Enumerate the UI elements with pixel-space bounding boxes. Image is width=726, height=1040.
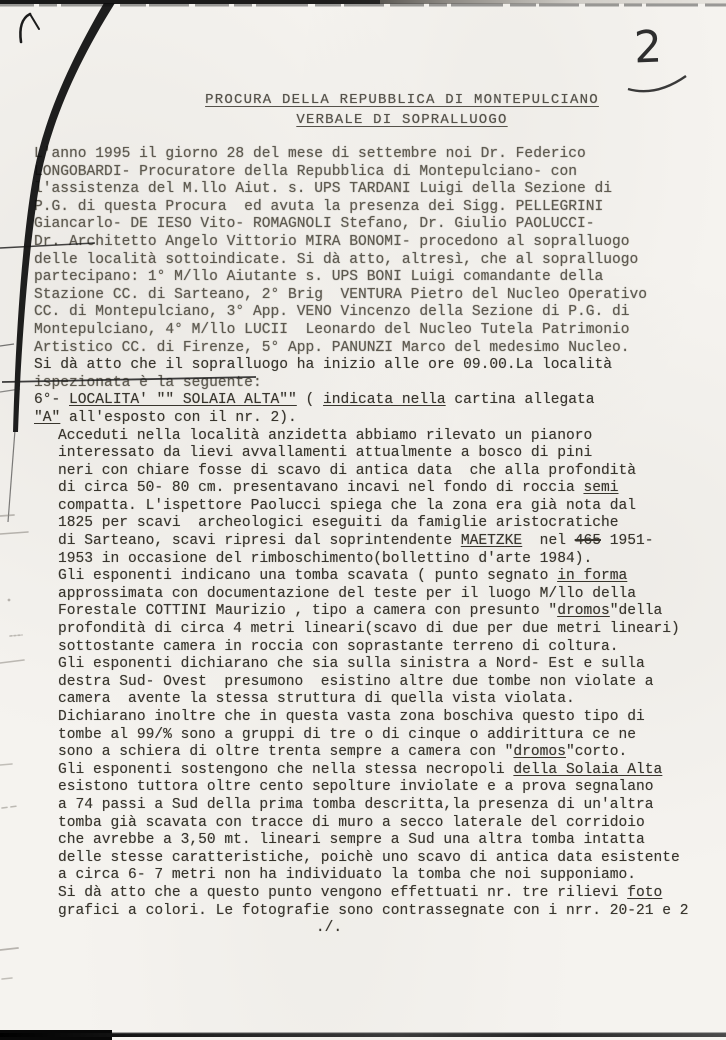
document-line: profondità di circa 4 metri lineari(scav… xyxy=(34,621,714,639)
page-number-underline xyxy=(628,76,686,91)
document-line: approssimata con documentazione del test… xyxy=(34,586,714,604)
document-line: 1825 per scavi archeologici eseguiti da … xyxy=(34,515,714,533)
document-line: camera avente la stessa struttura di que… xyxy=(34,691,714,709)
document-line: che avrebbe a 3,50 mt. lineari sempre a … xyxy=(34,832,714,850)
document-line: CC. di Montepulciano, 3° App. VENO Vince… xyxy=(34,304,714,322)
document-line: neri con chiare fosse di scavo di antica… xyxy=(34,463,714,481)
pen-tick xyxy=(0,344,14,346)
document-line: sono a schiera di oltre trenta sempre a … xyxy=(34,744,714,762)
document-line: Gli esponenti indicano una tomba scavata… xyxy=(34,568,714,586)
document-body: L'anno 1995 il giorno 28 del mese di set… xyxy=(34,146,714,938)
document-title: PROCURA DELLA REPUBBLICA DI MONTEPULCIAN… xyxy=(78,90,726,110)
document-line: Si dà atto che a questo punto vengono ef… xyxy=(34,885,714,903)
document-line: partecipano: 1° M/llo Aiutante s. UPS BO… xyxy=(34,269,714,287)
document-line: a 74 passi a Sud della prima tomba descr… xyxy=(34,797,714,815)
document-line: destra Sud- Ovest presumono esistino alt… xyxy=(34,674,714,692)
document-line: Dichiarano inoltre che in questa vasta z… xyxy=(34,709,714,727)
document-line: 1953 in occasione del rimboschimento(bol… xyxy=(34,551,714,569)
document-line: a circa 6- 7 metri non ha individuato la… xyxy=(34,867,714,885)
document-line: ispezionata è la seguente: xyxy=(34,375,714,393)
document-line: esistono tuttora oltre cento sepolture i… xyxy=(34,779,714,797)
bottom-scan-bar xyxy=(0,1030,726,1040)
document-line: Giancarlo- DE IESO Vito- ROMAGNOLI Stefa… xyxy=(34,216,714,234)
document-header: PROCURA DELLA REPUBBLICA DI MONTEPULCIAN… xyxy=(0,90,726,130)
document-line: delle località sottoindicate. Si dà atto… xyxy=(34,252,714,270)
document-subtitle: VERBALE DI SOPRALLUOGO xyxy=(78,110,726,130)
document-line: grafici a colori. Le fotografie sono con… xyxy=(34,903,714,921)
document-line: Montepulciano, 4° M/llo LUCII Leonardo d… xyxy=(34,322,714,340)
scanned-document-page: 2 PROCURA DELLA REPUBBLICA DI MONTEPULCI… xyxy=(0,0,726,1040)
document-line: di Sarteano, scavi ripresi dal soprinten… xyxy=(34,533,714,551)
handwritten-page-number: 2 xyxy=(633,24,663,73)
footer-mark: ./. xyxy=(34,920,714,938)
document-line: delle stesse caratteristiche, poichè uno… xyxy=(34,850,714,868)
torn-top-edge xyxy=(0,0,726,5)
checkmark xyxy=(20,14,39,42)
document-line: sottostante camera in roccia con soprast… xyxy=(34,639,714,657)
document-line: interessato da lievi avvallamenti attual… xyxy=(34,445,714,463)
document-line: l'assistenza del M.llo Aiut. s. UPS TARD… xyxy=(34,181,714,199)
document-line: Forestale COTTINI Maurizio , tipo a came… xyxy=(34,603,714,621)
document-line: Acceduti nella località anzidetta abbiam… xyxy=(34,428,714,446)
document-line: Si dà atto che il sopralluogo ha inizio … xyxy=(34,357,714,375)
document-line: L'anno 1995 il giorno 28 del mese di set… xyxy=(34,146,714,164)
document-line: Artistico CC. di Firenze, 5° App. PANUNZ… xyxy=(34,340,714,358)
document-line: "A" all'esposto con il nr. 2). xyxy=(34,410,714,428)
document-line: Gli esponenti dichiarano che sia sulla s… xyxy=(34,656,714,674)
document-line: tombe al 99/% sono a gruppi di tre o di … xyxy=(34,727,714,745)
document-line: 6°- LOCALITA' "" SOLAIA ALTA"" ( indicat… xyxy=(34,392,714,410)
document-line: P.G. di questa Procura ed avuta la prese… xyxy=(34,199,714,217)
document-line: di circa 50- 80 cm. presentavano incavi … xyxy=(34,480,714,498)
document-line: Stazione CC. di Sarteano, 2° Brig VENTUR… xyxy=(34,287,714,305)
document-line: Gli esponenti sostengono che nella stess… xyxy=(34,762,714,780)
pen-tick xyxy=(0,389,20,392)
document-line: Dr. Architetto Angelo Vittorio MIRA BONO… xyxy=(34,234,714,252)
document-line: LONGOBARDI- Procuratore della Repubblica… xyxy=(34,164,714,182)
document-line: tomba già scavata con tracce di muro a s… xyxy=(34,815,714,833)
document-line: compatta. L'ispettore Paolucci spiega ch… xyxy=(34,498,714,516)
